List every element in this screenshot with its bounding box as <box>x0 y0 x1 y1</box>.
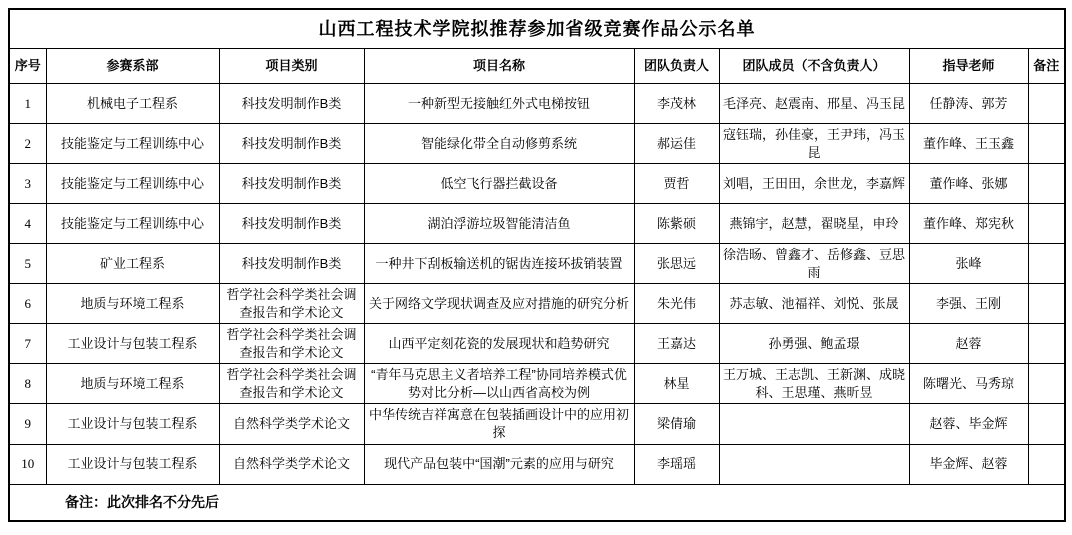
table-row: 9 工业设计与包装工程系 自然科学类学术论文 中华传统吉祥寓意在包装插画设计中的… <box>9 404 1065 444</box>
table-row: 4 技能鉴定与工程训练中心 科技发明制作B类 湖泊浮游垃圾智能清洁鱼 陈紫硕 燕… <box>9 204 1065 244</box>
page: 山西工程技术学院拟推荐参加省级竞赛作品公示名单 序号 参赛系部 项目类别 项目名… <box>0 0 1072 535</box>
project-name-cell: 湖泊浮游垃圾智能清洁鱼 <box>364 204 634 244</box>
serial-cell: 2 <box>9 124 46 164</box>
department-cell: 工业设计与包装工程系 <box>46 324 219 364</box>
column-header-category: 项目类别 <box>219 49 364 84</box>
department-cell: 技能鉴定与工程训练中心 <box>46 204 219 244</box>
project-name-cell: 现代产品包装中“国潮”元素的应用与研究 <box>364 444 634 484</box>
teachers-cell: 张峰 <box>909 244 1028 284</box>
table-row: 1 机械电子工程系 科技发明制作B类 一种新型无接触红外式电梯按钮 李茂林 毛泽… <box>9 84 1065 124</box>
note-cell <box>1028 244 1065 284</box>
table-row: 6 地质与环境工程系 哲学社会科学类社会调查报告和学术论文 关于网络文学现状调查… <box>9 284 1065 324</box>
department-cell: 地质与环境工程系 <box>46 284 219 324</box>
members-cell: 孙勇强、鲍孟璟 <box>719 324 909 364</box>
members-cell <box>719 444 909 484</box>
category-cell: 哲学社会科学类社会调查报告和学术论文 <box>219 364 364 404</box>
leader-cell: 林星 <box>634 364 719 404</box>
department-cell: 技能鉴定与工程训练中心 <box>46 124 219 164</box>
serial-cell: 5 <box>9 244 46 284</box>
members-cell <box>719 404 909 444</box>
leader-cell: 李茂林 <box>634 84 719 124</box>
project-name-cell: “青年马克思主义者培养工程”协同培养模式优势对比分析—以山西省高校为例 <box>364 364 634 404</box>
members-cell: 燕锦宇，赵慧，翟晓星，申玲 <box>719 204 909 244</box>
serial-cell: 10 <box>9 444 46 484</box>
note-cell <box>1028 324 1065 364</box>
table-row: 7 工业设计与包装工程系 哲学社会科学类社会调查报告和学术论文 山西平定刻花瓷的… <box>9 324 1065 364</box>
category-cell: 哲学社会科学类社会调查报告和学术论文 <box>219 284 364 324</box>
column-header-members: 团队成员（不含负责人） <box>719 49 909 84</box>
category-cell: 哲学社会科学类社会调查报告和学术论文 <box>219 324 364 364</box>
teachers-cell: 任静涛、郭芳 <box>909 84 1028 124</box>
note-cell <box>1028 284 1065 324</box>
category-cell: 自然科学类学术论文 <box>219 444 364 484</box>
members-cell: 徐浩旸、曾鑫才、岳修鑫、豆思雨 <box>719 244 909 284</box>
teachers-cell: 李强、王刚 <box>909 284 1028 324</box>
leader-cell: 郝运佳 <box>634 124 719 164</box>
category-cell: 科技发明制作B类 <box>219 204 364 244</box>
table-row: 8 地质与环境工程系 哲学社会科学类社会调查报告和学术论文 “青年马克思主义者培… <box>9 364 1065 404</box>
project-name-cell: 山西平定刻花瓷的发展现状和趋势研究 <box>364 324 634 364</box>
project-name-cell: 低空飞行器拦截设备 <box>364 164 634 204</box>
teachers-cell: 董作峰、张娜 <box>909 164 1028 204</box>
column-header-project-name: 项目名称 <box>364 49 634 84</box>
page-title: 山西工程技术学院拟推荐参加省级竞赛作品公示名单 <box>9 9 1065 49</box>
department-cell: 工业设计与包装工程系 <box>46 404 219 444</box>
column-header-note: 备注 <box>1028 49 1065 84</box>
teachers-cell: 赵蓉 <box>909 324 1028 364</box>
project-name-cell: 一种新型无接触红外式电梯按钮 <box>364 84 634 124</box>
note-cell <box>1028 204 1065 244</box>
project-name-cell: 智能绿化带全自动修剪系统 <box>364 124 634 164</box>
project-name-cell: 中华传统吉祥寓意在包装插画设计中的应用初探 <box>364 404 634 444</box>
project-name-cell: 关于网络文学现状调查及应对措施的研究分析 <box>364 284 634 324</box>
serial-cell: 6 <box>9 284 46 324</box>
leader-cell: 李瑶瑶 <box>634 444 719 484</box>
department-cell: 机械电子工程系 <box>46 84 219 124</box>
serial-cell: 3 <box>9 164 46 204</box>
serial-cell: 9 <box>9 404 46 444</box>
table-footer-row: 备注：此次排名不分先后 <box>9 484 1065 521</box>
column-header-serial: 序号 <box>9 49 46 84</box>
table-row: 10 工业设计与包装工程系 自然科学类学术论文 现代产品包装中“国潮”元素的应用… <box>9 444 1065 484</box>
teachers-cell: 陈曙光、马秀琼 <box>909 364 1028 404</box>
leader-cell: 王嘉达 <box>634 324 719 364</box>
table-title-row: 山西工程技术学院拟推荐参加省级竞赛作品公示名单 <box>9 9 1065 49</box>
category-cell: 科技发明制作B类 <box>219 84 364 124</box>
serial-cell: 4 <box>9 204 46 244</box>
note-cell <box>1028 404 1065 444</box>
column-header-teachers: 指导老师 <box>909 49 1028 84</box>
project-name-cell: 一种井下刮板输送机的锯齿连接环拔销装置 <box>364 244 634 284</box>
members-cell: 刘唱，王田田，余世龙，李嘉辉 <box>719 164 909 204</box>
department-cell: 地质与环境工程系 <box>46 364 219 404</box>
leader-cell: 梁倩瑜 <box>634 404 719 444</box>
members-cell: 王万城、王志凯、王新渊、成晓科、王思瑾、燕昕昱 <box>719 364 909 404</box>
table-body: 1 机械电子工程系 科技发明制作B类 一种新型无接触红外式电梯按钮 李茂林 毛泽… <box>9 84 1065 485</box>
members-cell: 毛泽亮、赵震南、邢星、冯玉昆 <box>719 84 909 124</box>
competition-recommendation-table: 山西工程技术学院拟推荐参加省级竞赛作品公示名单 序号 参赛系部 项目类别 项目名… <box>8 8 1066 522</box>
footer-note: 备注：此次排名不分先后 <box>9 484 1065 521</box>
table-row: 3 技能鉴定与工程训练中心 科技发明制作B类 低空飞行器拦截设备 贾哲 刘唱，王… <box>9 164 1065 204</box>
category-cell: 科技发明制作B类 <box>219 164 364 204</box>
teachers-cell: 董作峰、王玉鑫 <box>909 124 1028 164</box>
teachers-cell: 赵蓉、毕金辉 <box>909 404 1028 444</box>
department-cell: 矿业工程系 <box>46 244 219 284</box>
department-cell: 技能鉴定与工程训练中心 <box>46 164 219 204</box>
table-row: 5 矿业工程系 科技发明制作B类 一种井下刮板输送机的锯齿连接环拔销装置 张思远… <box>9 244 1065 284</box>
members-cell: 寇钰瑞，孙佳豪，王尹玮，冯玉昆 <box>719 124 909 164</box>
column-header-department: 参赛系部 <box>46 49 219 84</box>
serial-cell: 8 <box>9 364 46 404</box>
note-cell <box>1028 444 1065 484</box>
leader-cell: 陈紫硕 <box>634 204 719 244</box>
leader-cell: 朱光伟 <box>634 284 719 324</box>
leader-cell: 张思远 <box>634 244 719 284</box>
category-cell: 科技发明制作B类 <box>219 124 364 164</box>
table-header-row: 序号 参赛系部 项目类别 项目名称 团队负责人 团队成员（不含负责人） 指导老师… <box>9 49 1065 84</box>
note-cell <box>1028 124 1065 164</box>
category-cell: 科技发明制作B类 <box>219 244 364 284</box>
serial-cell: 1 <box>9 84 46 124</box>
note-cell <box>1028 84 1065 124</box>
teachers-cell: 董作峰、郑宪秋 <box>909 204 1028 244</box>
column-header-leader: 团队负责人 <box>634 49 719 84</box>
note-cell <box>1028 164 1065 204</box>
category-cell: 自然科学类学术论文 <box>219 404 364 444</box>
serial-cell: 7 <box>9 324 46 364</box>
department-cell: 工业设计与包装工程系 <box>46 444 219 484</box>
leader-cell: 贾哲 <box>634 164 719 204</box>
note-cell <box>1028 364 1065 404</box>
table-row: 2 技能鉴定与工程训练中心 科技发明制作B类 智能绿化带全自动修剪系统 郝运佳 … <box>9 124 1065 164</box>
teachers-cell: 毕金辉、赵蓉 <box>909 444 1028 484</box>
members-cell: 苏志敏、池福祥、刘悦、张晟 <box>719 284 909 324</box>
